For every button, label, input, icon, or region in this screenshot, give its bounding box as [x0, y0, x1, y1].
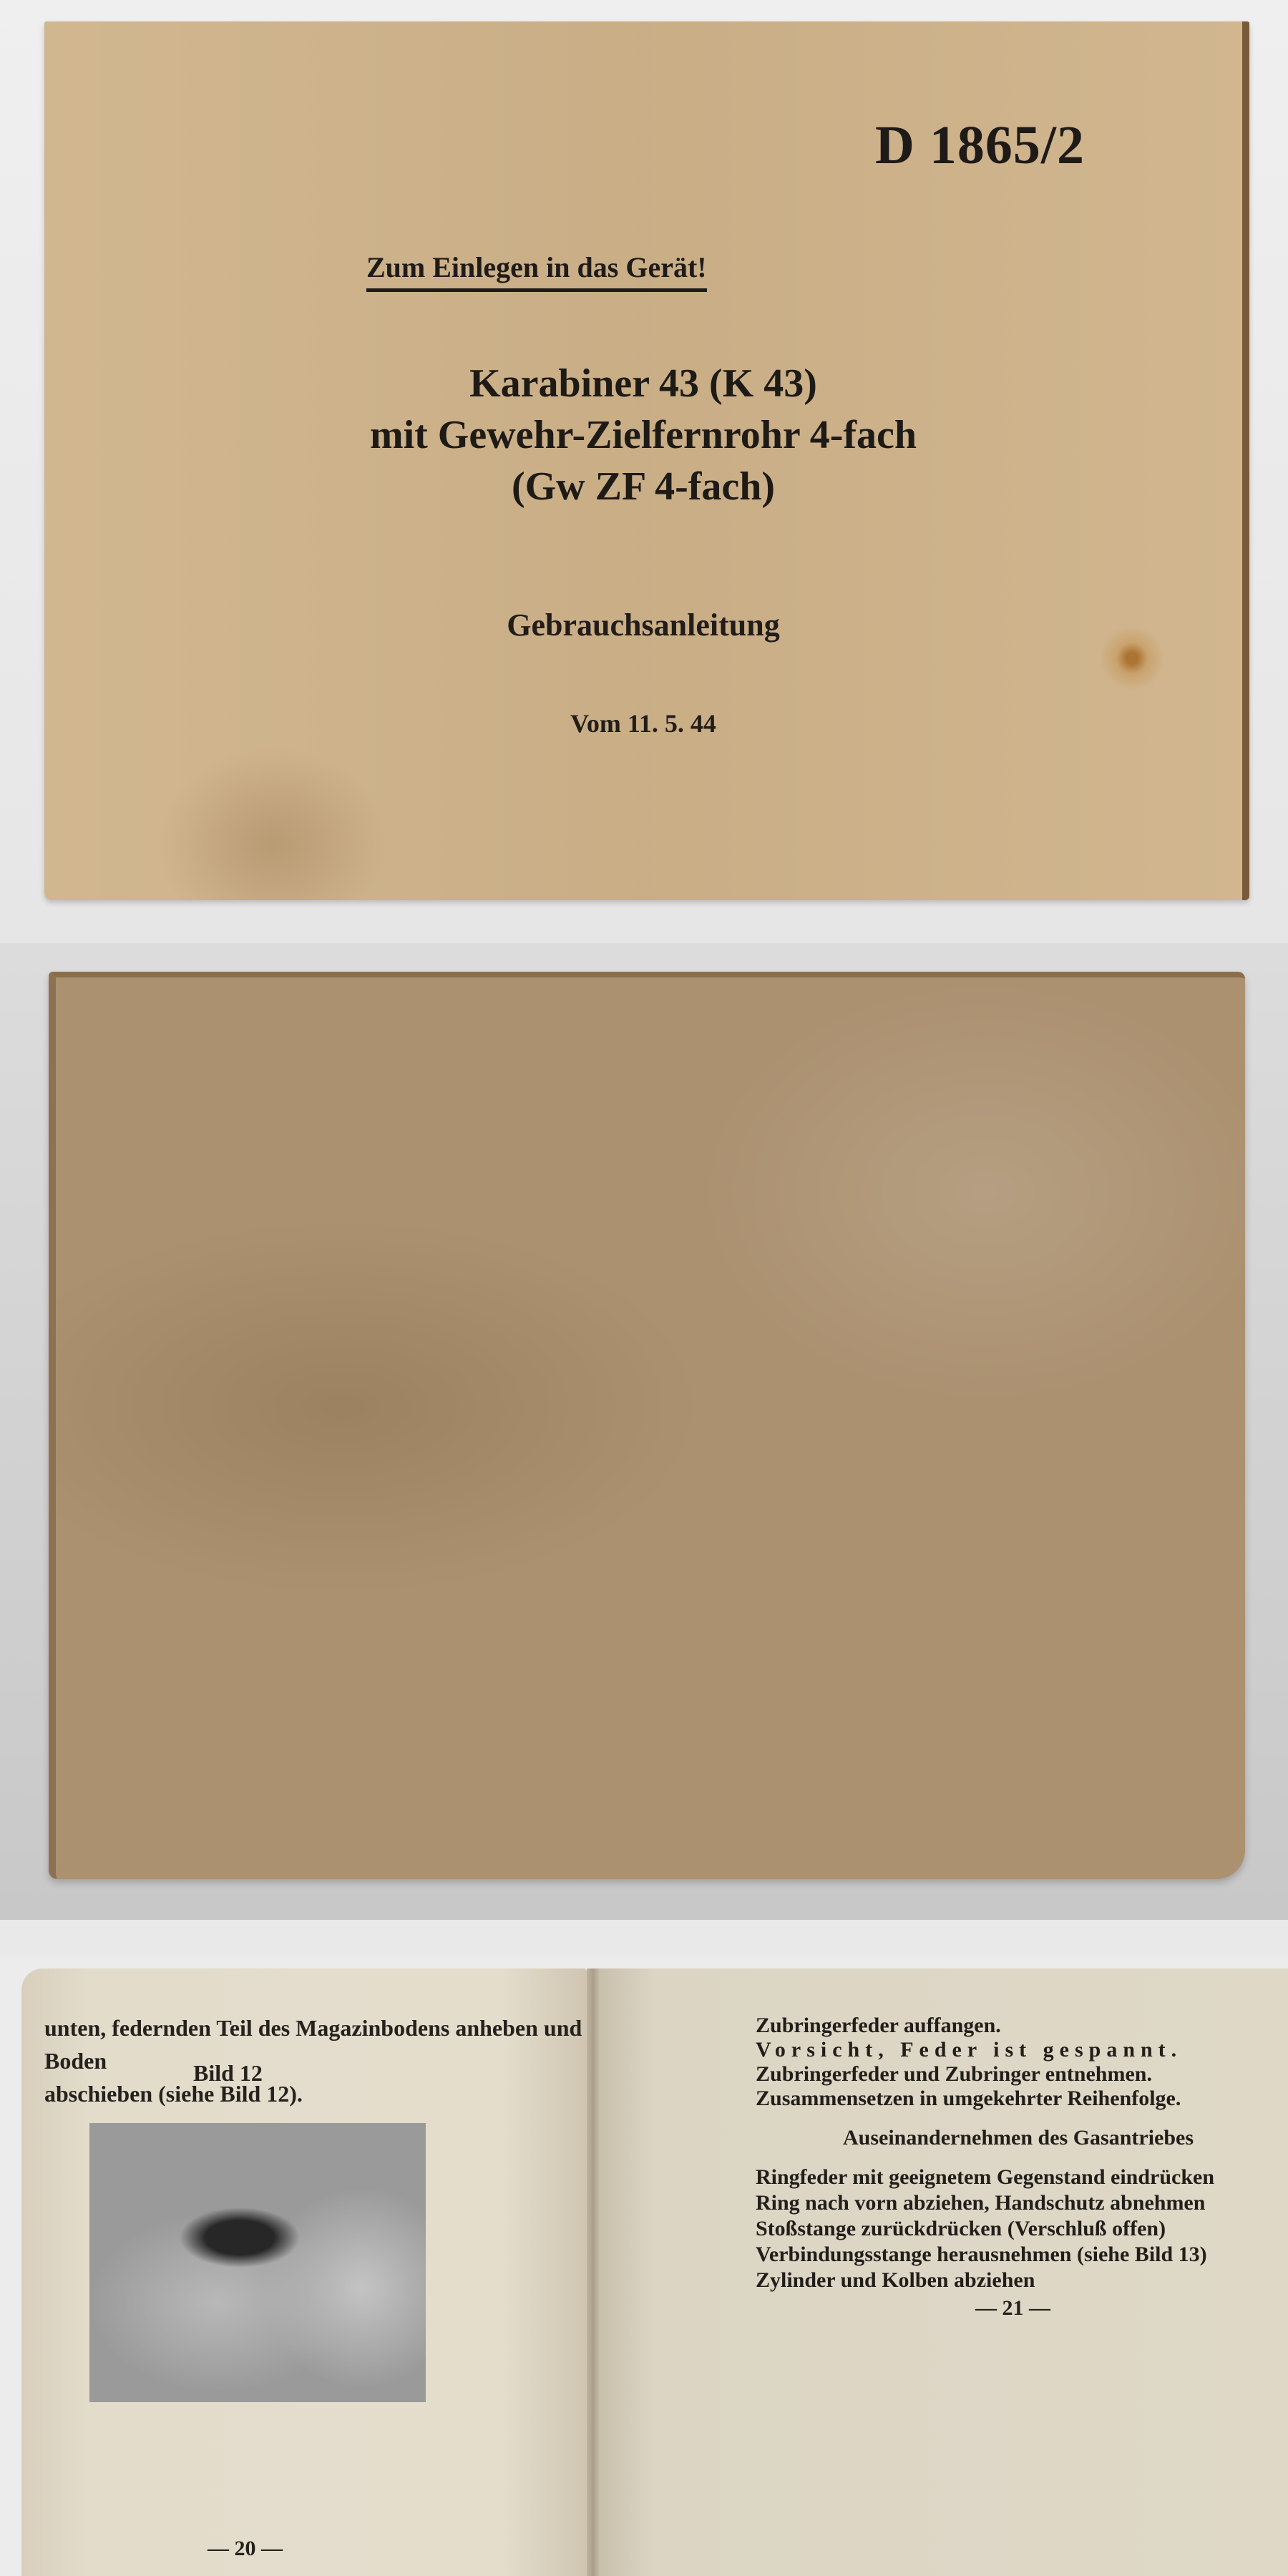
title-line: (Gw ZF 4-fach) [44, 461, 1242, 512]
title-line: mit Gewehr-Zielfernrohr 4-fach [44, 409, 1242, 461]
page-number: — 21 — [975, 2296, 1050, 2321]
book-gutter [587, 1968, 600, 2576]
front-cover-photo: D 1865/2 Zum Einlegen in das Gerät! Kara… [0, 0, 1288, 943]
insert-note: Zum Einlegen in das Gerät! [366, 250, 707, 292]
open-booklet: unten, federnden Teil des Magazinbodens … [21, 1968, 1288, 2576]
front-cover: D 1865/2 Zum Einlegen in das Gerät! Kara… [44, 21, 1249, 900]
page-20-text: unten, federnden Teil des Magazinbodens … [44, 2011, 587, 2110]
text-line-warning: Vorsicht, Feder ist gespannt. [756, 2038, 1182, 2062]
back-cover-photo [0, 943, 1288, 1920]
cover-title: Karabiner 43 (K 43) mit Gewehr-Zielfernr… [44, 358, 1242, 512]
figure-12-photo [89, 2123, 426, 2402]
text-line: Zusammensetzen in umgekehrter Reihenfolg… [756, 2087, 1181, 2111]
figure-caption: Bild 12 [193, 2060, 263, 2087]
text-line: abschieben (siehe Bild 12). [44, 2077, 587, 2110]
text-line: Zylinder und Kolben abziehen [756, 2268, 1035, 2293]
back-cover [49, 972, 1245, 1879]
text-line: Ring nach vorn abziehen, Handschutz abne… [756, 2191, 1205, 2215]
section-heading: Auseinandernehmen des Gasantriebes [843, 2126, 1194, 2150]
title-line: Karabiner 43 (K 43) [44, 358, 1242, 409]
text-line: Verbindungsstange herausnehmen (siehe Bi… [756, 2243, 1207, 2267]
cover-subtitle: Gebrauchsanleitung [44, 607, 1242, 643]
cover-date: Vom 11. 5. 44 [44, 708, 1242, 738]
text-line: unten, federnden Teil des Magazinbodens … [44, 2011, 587, 2077]
text-line: Ringfeder mit geeignetem Gegenstand eind… [756, 2165, 1214, 2190]
page-21: Zubringerfeder auffangen. Vorsicht, Fede… [600, 1968, 1288, 2576]
text-line: Stoßstange zurückdrücken (Verschluß offe… [756, 2217, 1166, 2241]
page-20: unten, federnden Teil des Magazinbodens … [21, 1968, 587, 2576]
text-line: Zubringerfeder und Zubringer entnehmen. [756, 2062, 1152, 2087]
open-booklet-photo: unten, federnden Teil des Magazinbodens … [0, 1956, 1288, 2576]
page-number: — 20 — [208, 2537, 283, 2561]
document-id: D 1865/2 [875, 114, 1085, 177]
text-line: Zubringerfeder auffangen. [756, 2014, 1001, 2038]
